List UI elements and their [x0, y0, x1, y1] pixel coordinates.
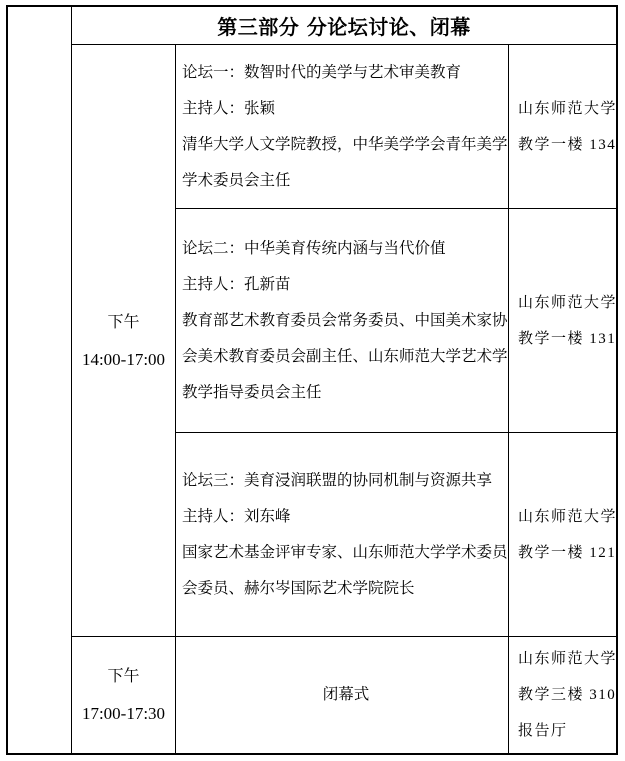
- closing-time-period-label: 下午: [107, 658, 139, 695]
- forum-1-host-bio: 清华大学人文学院教授，中华美学学会青年美学学术委员会主任: [182, 127, 508, 199]
- forum-2-location-line1: 山东师范大学: [518, 285, 616, 321]
- forum-1-location-line1: 山东师范大学: [518, 91, 616, 127]
- closing-event-cell: 闭幕式: [175, 636, 508, 753]
- forum-2-host: 主持人：孔新苗: [182, 267, 508, 303]
- forum-2-location-line2: 教学一楼 1313: [518, 321, 616, 357]
- forum-3-title: 论坛三：美育浸润联盟的协同机制与资源共享: [182, 463, 508, 499]
- time-cell-afternoon: 下午 14:00-17:00: [72, 44, 175, 636]
- closing-location-cell: 山东师范大学 教学三楼 3101 报告厅: [508, 636, 616, 753]
- forum-1-location-line2: 教学一楼 1341: [518, 127, 616, 163]
- closing-location-line1: 山东师范大学: [518, 641, 616, 677]
- forum-1-location-cell: 山东师范大学 教学一楼 1341: [508, 44, 616, 208]
- forum-3-content-cell: 论坛三：美育浸润联盟的协同机制与资源共享 主持人：刘东峰 国家艺术基金评审专家、…: [175, 432, 508, 636]
- forum-3-host-bio: 国家艺术基金评审专家、山东师范大学学术委员会委员、赫尔岑国际艺术学院院长: [182, 535, 508, 607]
- forum-3-host: 主持人：刘东峰: [182, 499, 508, 535]
- time-cell-closing: 下午 17:00-17:30: [72, 636, 175, 753]
- closing-time-range-label: 17:00-17:30: [82, 695, 165, 732]
- closing-location-line3: 报告厅: [518, 713, 616, 749]
- schedule-table: 第三部分 分论坛讨论、闭幕 下午 14:00-17:00 论坛一：数智时代的美学…: [6, 5, 618, 755]
- closing-location-line2: 教学三楼 3101: [518, 677, 616, 713]
- document-page: 第三部分 分论坛讨论、闭幕 下午 14:00-17:00 论坛一：数智时代的美学…: [0, 5, 625, 761]
- forum-1-host: 主持人：张颖: [182, 91, 508, 127]
- left-spacer-cell: [8, 7, 72, 753]
- section-header-cell: 第三部分 分论坛讨论、闭幕: [72, 7, 616, 44]
- forum-3-location-cell: 山东师范大学 教学一楼 1215: [508, 432, 616, 636]
- forum-3-location-line1: 山东师范大学: [518, 499, 616, 535]
- forum-1-title: 论坛一：数智时代的美学与艺术审美教育: [182, 55, 508, 91]
- forum-2-host-bio: 教育部艺术教育委员会常务委员、中国美术家协会美术教育委员会副主任、山东师范大学艺…: [182, 303, 508, 411]
- forum-3-location-line2: 教学一楼 1215: [518, 535, 616, 571]
- forum-2-title: 论坛二：中华美育传统内涵与当代价值: [182, 231, 508, 267]
- closing-event-label: 闭幕式: [323, 677, 370, 713]
- forum-2-content-cell: 论坛二：中华美育传统内涵与当代价值 主持人：孔新苗 教育部艺术教育委员会常务委员…: [175, 208, 508, 432]
- section-title: 第三部分 分论坛讨论、闭幕: [217, 11, 470, 40]
- forum-1-content-cell: 论坛一：数智时代的美学与艺术审美教育 主持人：张颖 清华大学人文学院教授，中华美…: [175, 44, 508, 208]
- forum-2-location-cell: 山东师范大学 教学一楼 1313: [508, 208, 616, 432]
- time-period-label: 下午: [107, 304, 139, 341]
- time-range-label: 14:00-17:00: [82, 341, 165, 378]
